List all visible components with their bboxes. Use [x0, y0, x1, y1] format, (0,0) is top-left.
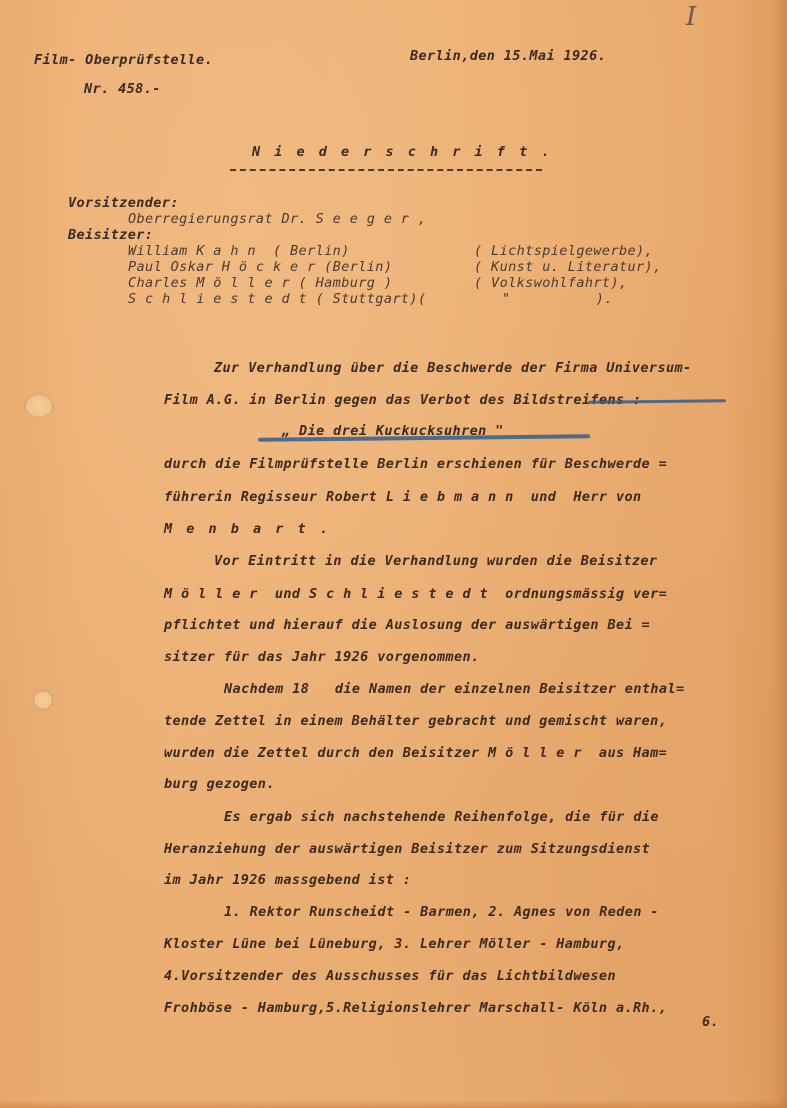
page-number-mark: I — [686, 2, 696, 32]
list-line: 4.Vorsitzender des Ausschusses für das L… — [164, 968, 616, 984]
title-underline — [230, 169, 542, 171]
assessor-group: ( Kunst u. Literatur), — [474, 259, 662, 275]
assessors-label: Beisitzer: — [68, 227, 153, 243]
punch-hole-upper — [24, 394, 54, 418]
assessor-name: Paul Oskar H ö c k e r (Berlin) — [128, 259, 392, 275]
list-line: Frohböse - Hamburg,5.Religionslehrer Mar… — [164, 1000, 667, 1016]
body-line: wurden die Zettel durch den Beisitzer M … — [164, 745, 667, 761]
list-line: 1. Rektor Runscheidt - Barmen, 2. Agnes … — [224, 904, 659, 920]
body-line: sitzer für das Jahr 1926 vorgenommen. — [164, 649, 480, 665]
assessor-name: William K a h n ( Berlin) — [128, 243, 350, 259]
body-line: Film A.G. in Berlin gegen das Verbot des… — [164, 392, 642, 408]
assessor-group: " ). — [502, 291, 613, 307]
chair-name: Oberregierungsrat Dr. S e e g e r , — [128, 211, 426, 227]
body-line: M e n b a r t . — [164, 521, 331, 537]
document-number: Nr. 458.- — [84, 81, 161, 97]
body-line: im Jahr 1926 massgebend ist : — [164, 872, 411, 888]
blue-pencil-underline — [588, 399, 726, 403]
document-title: N i e d e r s c h r i f t . — [252, 144, 552, 160]
body-line: Es ergab sich nachstehende Reihenfolge, … — [224, 809, 659, 825]
body-line: Vor Eintritt in die Verhandlung wurden d… — [214, 553, 657, 569]
body-line: Zur Verhandlung über die Beschwerde der … — [214, 360, 692, 376]
body-line: durch die Filmprüfstelle Berlin erschien… — [164, 456, 667, 472]
body-line: tende Zettel in einem Behälter gebracht … — [164, 713, 667, 729]
body-line: M ö l l e r und S c h l i e s t e d t or… — [164, 586, 667, 602]
page-bottom-edge — [0, 1100, 787, 1108]
page-edge-shadow — [773, 0, 787, 1108]
list-line: Kloster Lüne bei Lüneburg, 3. Lehrer Möl… — [164, 936, 625, 952]
body-line: führerin Regisseur Robert L i e b m a n … — [164, 489, 642, 505]
assessor-group: ( Volkswohlfahrt), — [474, 275, 628, 291]
assessor-name: Charles M ö l l e r ( Hamburg ) — [128, 275, 392, 291]
body-line: Nachdem 18 die Namen der einzelnen Beisi… — [224, 681, 685, 697]
body-line: burg gezogen. — [164, 776, 275, 792]
assessor-group: ( Lichtspielgewerbe), — [474, 243, 653, 259]
assessor-name: S c h l i e s t e d t ( Stuttgart)( — [128, 291, 426, 307]
list-continuation-number: 6. — [702, 1014, 719, 1030]
punch-hole-lower — [33, 690, 53, 710]
body-line: Heranziehung der auswärtigen Beisitzer z… — [164, 841, 650, 857]
office-heading: Film- Oberprüfstelle. — [34, 52, 213, 68]
chair-label: Vorsitzender: — [68, 195, 179, 211]
body-line: pflichtet und hierauf die Auslosung der … — [164, 617, 650, 633]
place-date: Berlin,den 15.Mai 1926. — [410, 48, 606, 64]
scanned-page: I Film- Oberprüfstelle. Berlin,den 15.Ma… — [0, 0, 787, 1108]
